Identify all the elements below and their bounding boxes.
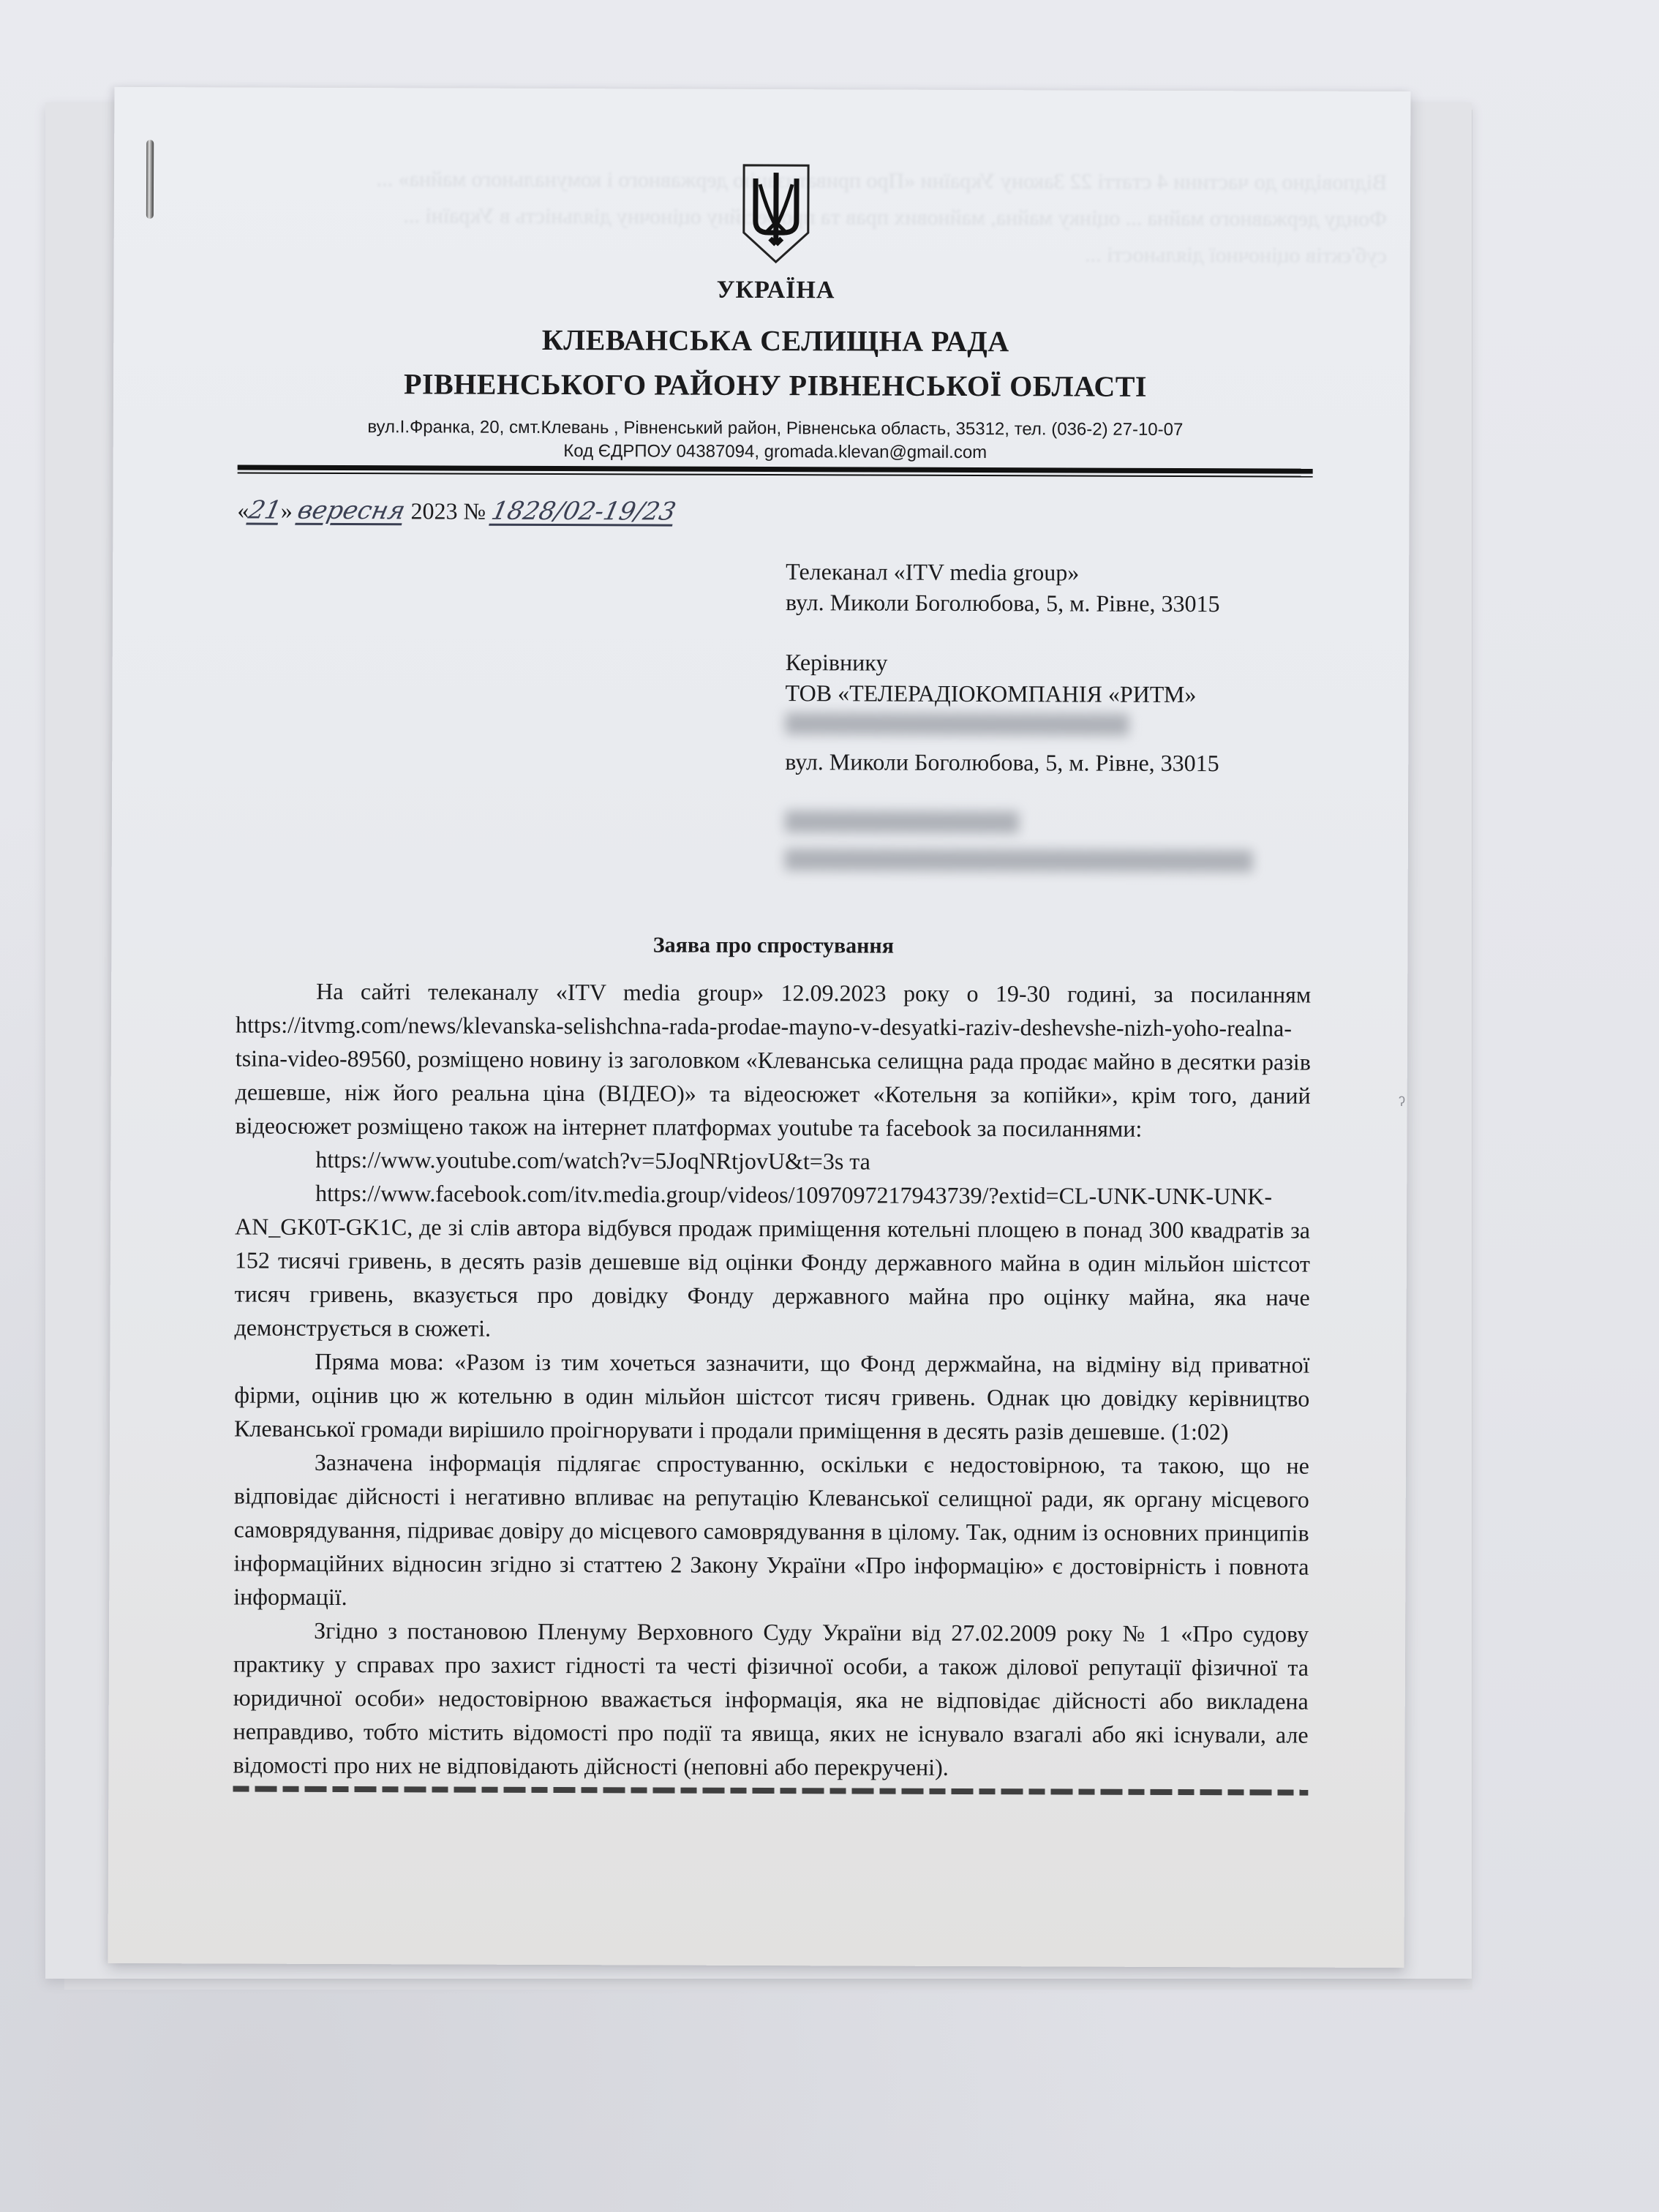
document-page: Відповідно до частини 4 статті 22 Закону… [108,87,1411,1968]
redacted-line [785,849,1253,872]
redacted-line [785,810,1019,833]
registration-month: вересня [295,496,407,525]
margin-mark: ʔ [1399,1094,1405,1110]
country-name: УКРАЇНА [238,275,1313,306]
recipient-address: вул. Миколи Боголюбова, 5, м. Рівне, 330… [786,587,1312,620]
address-line: вул.І.Франка, 20, смт.Клевань , Рівненсь… [238,415,1313,443]
registration-day: 21 [246,496,284,525]
registration-year: 2023 [410,497,457,524]
statement-body: На сайті телеканалу «ITV media group» 12… [233,974,1311,1786]
statement-title: Заява про спростування [236,932,1311,960]
organization-name: КЛЕВАНСЬКА СЕЛИЩНА РАДА [238,322,1313,360]
recipient-name: Телеканал «ITV media group» [786,556,1312,589]
recipient-rytm: Керівнику ТОВ «ТЕЛЕРАДІОКОМПАНІЯ «РИТМ» … [785,647,1312,779]
recipient-name: ТОВ «ТЕЛЕРАДІОКОМПАНІЯ «РИТМ» [786,677,1312,710]
paragraph: На сайті телеканалу «ITV media group» 12… [235,974,1311,1146]
recipient-address: вул. Миколи Боголюбова, 5, м. Рівне, 330… [785,746,1312,779]
organization-address: вул.І.Франка, 20, смт.Клевань , Рівненсь… [238,415,1313,466]
recipient-redacted [785,806,1312,884]
registration-line: «21» вересня 2023 № 1828/02-19/23 [237,496,1312,543]
recipients-block: Телеканал «ITV media group» вул. Миколи … [785,556,1313,884]
paragraph: Згідно з постановою Пленуму Верховного С… [233,1613,1309,1785]
facebook-link-paragraph: https://www.facebook.com/itv.media.group… [234,1175,1310,1347]
registration-number-label: № [463,498,486,524]
letter: УКРАЇНА КЛЕВАНСЬКА СЕЛИЩНА РАДА РІВНЕНСЬ… [233,161,1314,1796]
staple-icon [146,140,154,219]
youtube-link-paragraph: https://www.youtube.com/watch?v=5JoqNRtj… [235,1142,1310,1179]
paragraph: Зазначена інформація підлягає спростуван… [233,1445,1309,1617]
trident-coat-of-arms-icon [740,162,813,265]
code-email-line: Код ЄДРПОУ 04387094, gromada.klevan@gmai… [238,439,1313,466]
recipient-itv: Телеканал «ITV media group» вул. Миколи … [786,556,1312,620]
paragraph: Пряма мова: «Разом із тим хочеться зазна… [234,1344,1309,1448]
organization-region: РІВНЕНСЬКОГО РАЙОНУ РІВНЕНСЬКОЇ ОБЛАСТІ [238,366,1313,405]
cut-off-text-line [233,1786,1308,1795]
redacted-name [785,712,1129,736]
registration-number: 1828/02-19/23 [489,497,678,527]
recipient-position: Керівнику [786,647,1312,680]
